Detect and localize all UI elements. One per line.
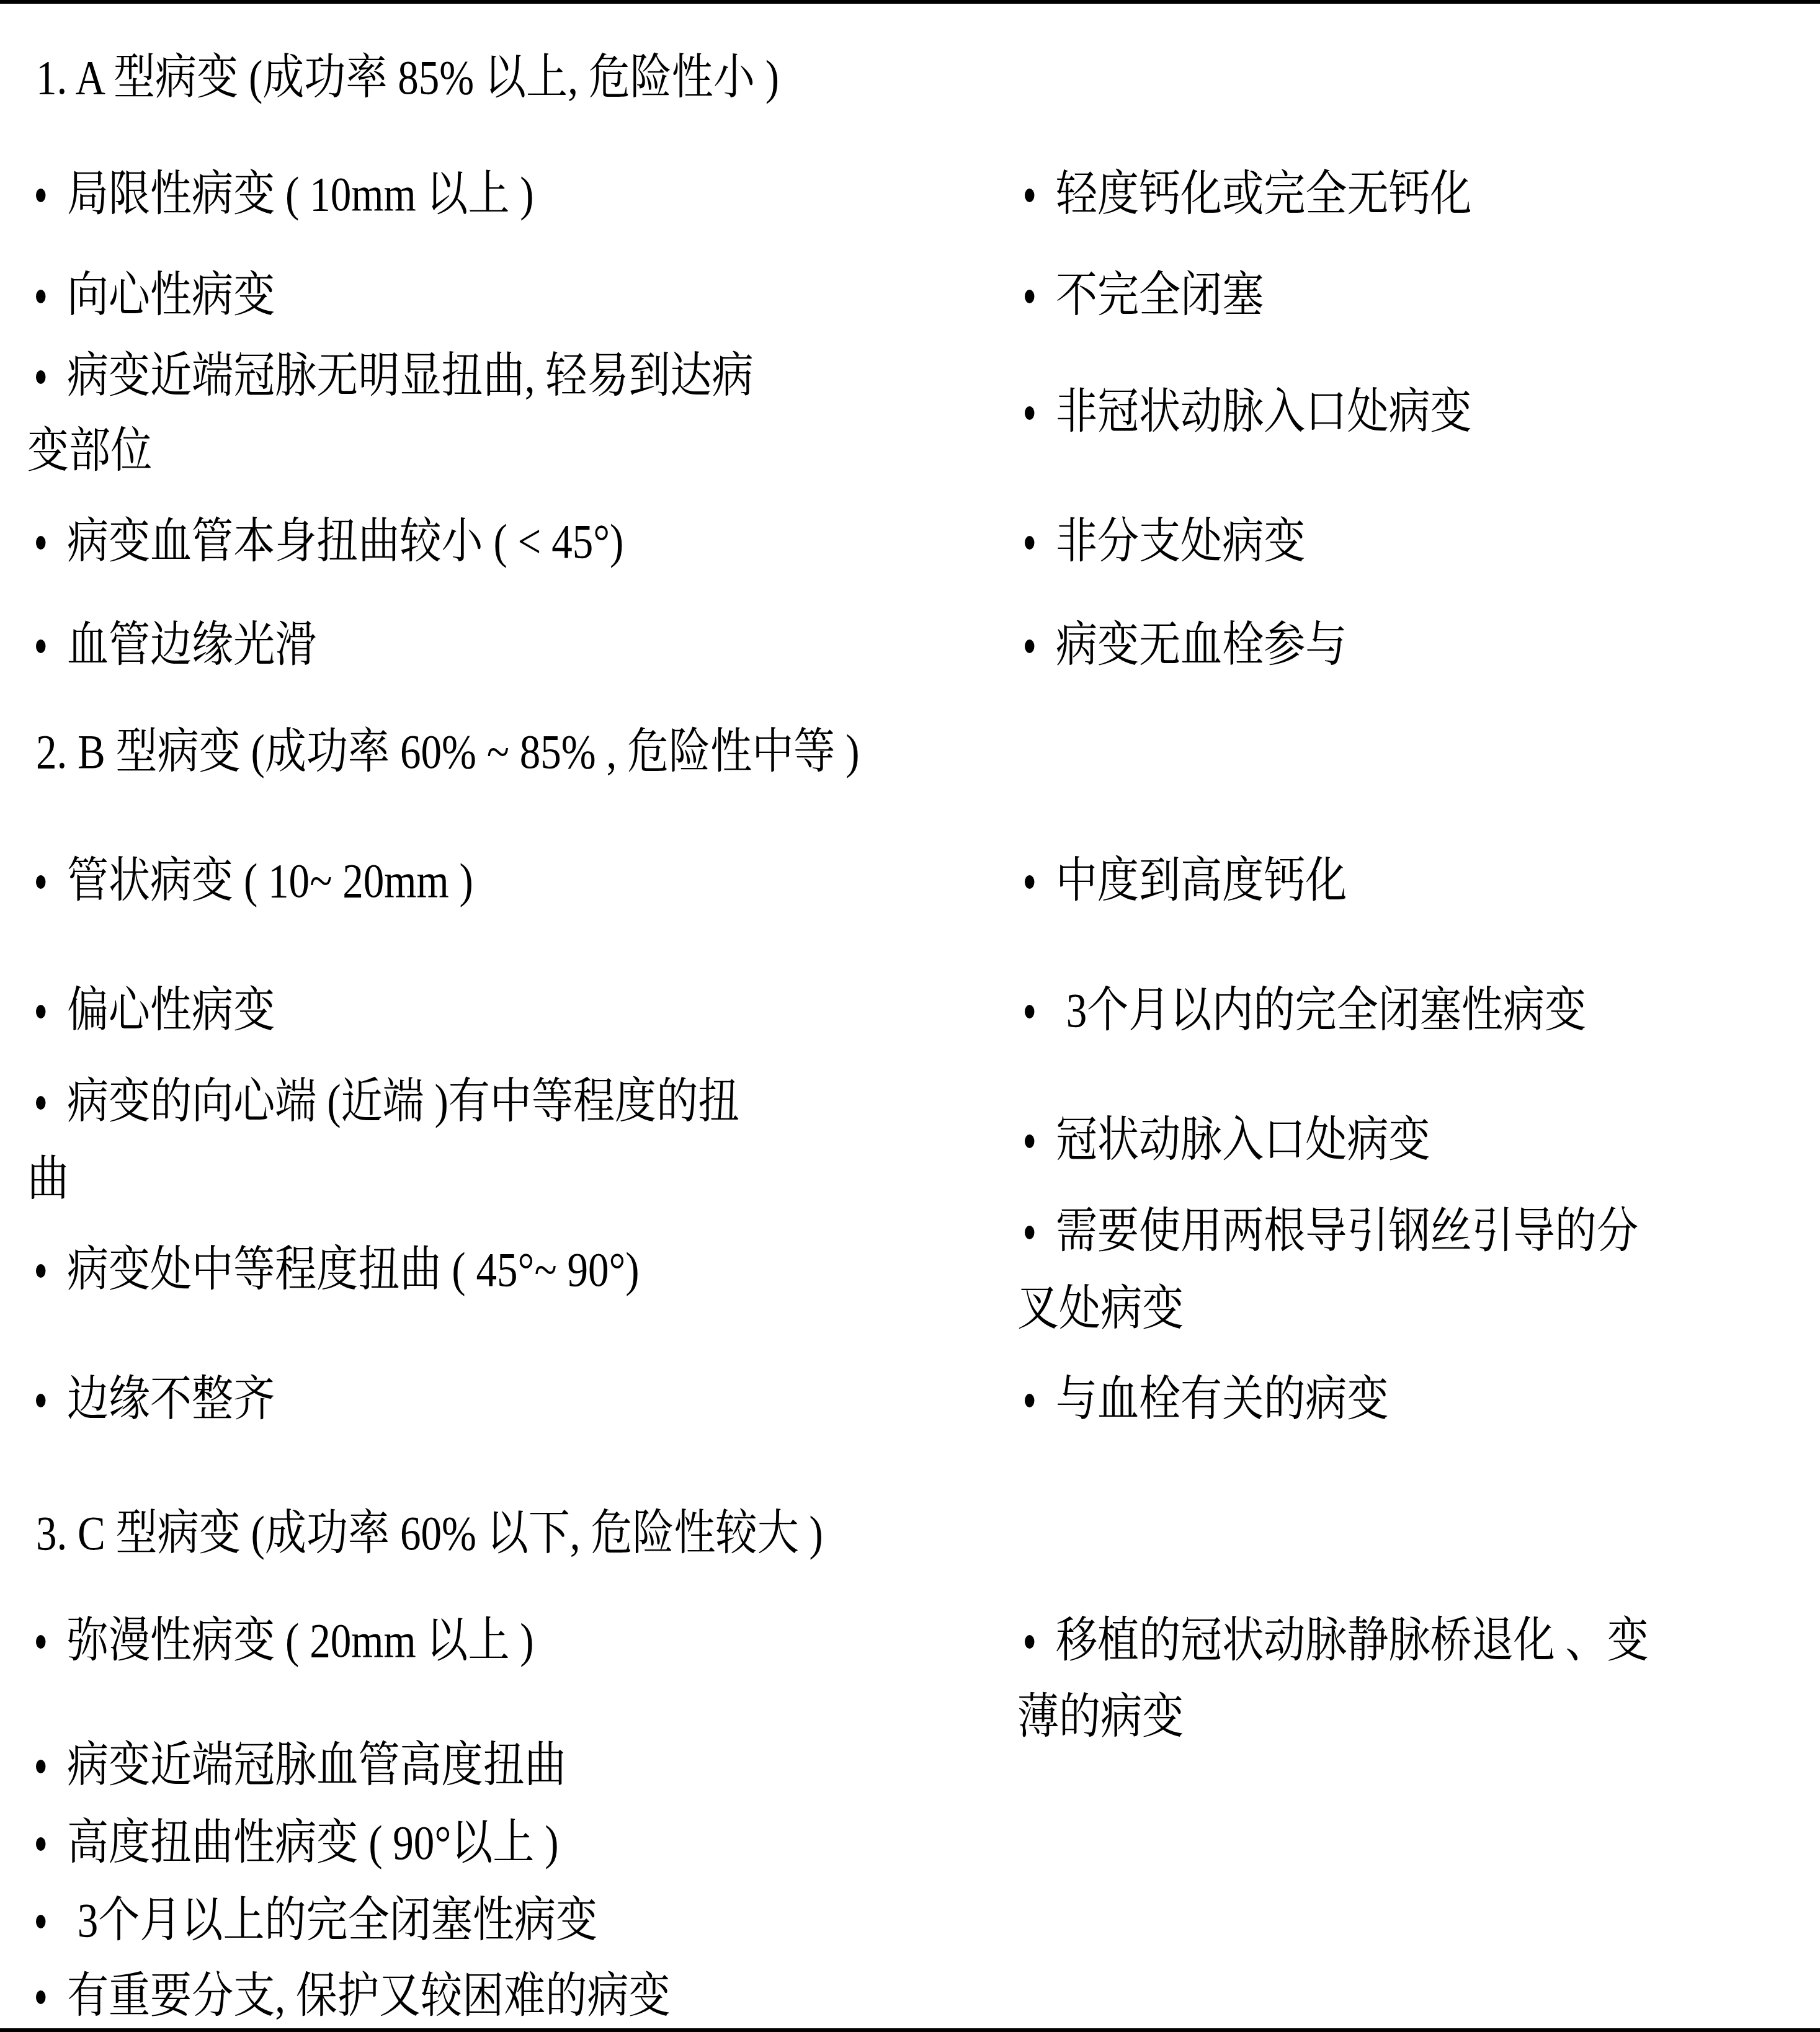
list-item: 高度扭曲性病变 ( 90°以上 ): [36, 1815, 559, 1871]
bullet-icon: [1025, 1394, 1034, 1407]
list-item: 弥漫性病变 ( 20mm 以上 ): [36, 1613, 534, 1669]
section-header-c: 3. C 型病变 (成功率 60% 以下, 危险性较大 ): [36, 1505, 823, 1561]
bullet-icon: [36, 1837, 45, 1851]
bullet-icon: [36, 1635, 45, 1649]
bullet-icon: [1025, 1005, 1034, 1018]
list-item-continuation: 叉处病变: [1017, 1281, 1184, 1337]
bullet-icon: [36, 639, 45, 653]
bullet-icon: [36, 1760, 45, 1773]
bullet-icon: [1025, 536, 1034, 550]
bullet-icon: [1025, 189, 1034, 202]
bullet-icon: [1025, 1635, 1034, 1649]
list-item: 冠状动脉入口处病变: [1025, 1112, 1430, 1168]
bullet-icon: [36, 1005, 45, 1018]
list-item: 病变血管本身扭曲较小 ( < 45°): [36, 514, 623, 569]
bullet-icon: [1025, 639, 1034, 653]
list-item-continuation: 曲: [27, 1151, 69, 1207]
bullet-icon: [1025, 406, 1034, 420]
list-item: 血管边缘光滑: [36, 617, 316, 673]
list-item: 3个月以内的完全闭塞性病变: [1025, 983, 1586, 1038]
bullet-icon: [36, 1394, 45, 1407]
list-item: 有重要分支, 保护又较困难的病变: [36, 1968, 671, 2024]
bullet-icon: [1025, 1134, 1034, 1148]
list-item: 3个月以上的完全闭塞性病变: [36, 1892, 597, 1948]
top-rule: [0, 0, 1820, 4]
bullet-icon: [36, 1264, 45, 1278]
bullet-icon: [36, 1096, 45, 1110]
bullet-icon: [36, 875, 45, 889]
section-header-b: 2. B 型病变 (成功率 60% ~ 85% , 危险性中等 ): [36, 724, 860, 780]
bullet-icon: [1025, 875, 1034, 889]
list-item: 病变近端冠脉血管高度扭曲: [36, 1737, 566, 1793]
list-item: 非分支处病变: [1025, 514, 1305, 569]
list-item: 边缘不整齐: [36, 1371, 275, 1427]
list-item: 病变近端冠脉无明显扭曲, 轻易到达病: [36, 348, 754, 404]
list-item: 非冠状动脉入口处病变: [1025, 384, 1472, 440]
list-item: 偏心性病变: [36, 983, 275, 1038]
bullet-icon: [36, 536, 45, 550]
list-item: 中度到高度钙化: [1025, 853, 1347, 909]
list-item-continuation: 薄的病变: [1017, 1689, 1184, 1745]
list-item: 轻度钙化或完全无钙化: [1025, 166, 1472, 222]
list-item: 需要使用两根导引钢丝引导的分: [1025, 1203, 1638, 1259]
bullet-icon: [1025, 290, 1034, 303]
list-item: 病变无血栓参与: [1025, 617, 1347, 673]
bullet-icon: [36, 290, 45, 303]
bullet-icon: [1025, 1226, 1034, 1239]
list-item: 病变处中等程度扭曲 ( 45°~ 90°): [36, 1242, 640, 1298]
bullet-icon: [36, 1915, 45, 1928]
bullet-icon: [36, 189, 45, 202]
bullet-icon: [36, 1990, 45, 2004]
list-item: 与血栓有关的病变: [1025, 1371, 1389, 1427]
list-item: 管状病变 ( 10~ 20mm ): [36, 853, 473, 909]
list-item: 病变的向心端 (近端 )有中等程度的扭: [36, 1074, 739, 1130]
list-item: 向心性病变: [36, 267, 275, 323]
list-item: 不完全闭塞: [1025, 267, 1264, 323]
section-header-a: 1. A 型病变 (成功率 85% 以上, 危险性小 ): [36, 50, 779, 105]
list-item: 局限性病变 ( 10mm 以上 ): [36, 166, 534, 222]
list-item-continuation: 变部位: [27, 423, 152, 479]
bullet-icon: [36, 370, 45, 384]
bottom-rule: [0, 2028, 1820, 2032]
list-item: 移植的冠状动脉静脉桥退化 、变: [1025, 1613, 1649, 1669]
